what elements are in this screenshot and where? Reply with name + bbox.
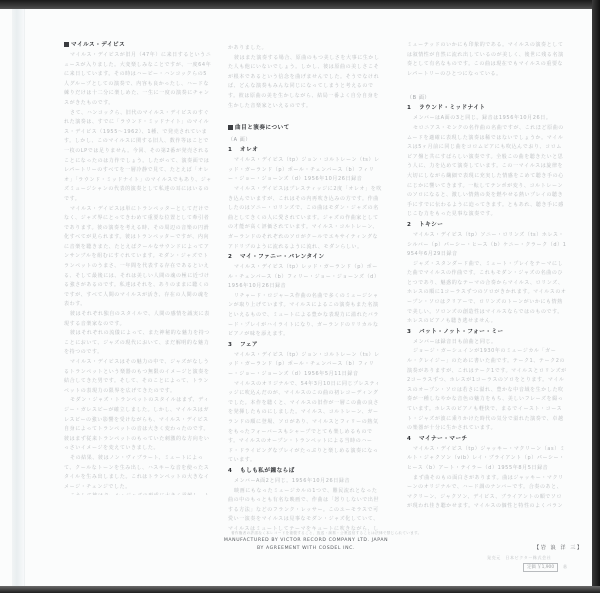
side-a-label: （A 面） xyxy=(228,135,383,145)
track-notes: セロニアス・モンクの名作曲の名曲ですが、これほど原曲のムードを適確に表現した演奏… xyxy=(407,124,567,220)
section-heading-miles-davis: マイルス・デイビス xyxy=(64,40,212,50)
track-personnel: マイルス・デイビス（tp）レッド・ガーランド（p）ポール・チェンバース（b）フィ… xyxy=(228,263,383,292)
heading-text: マイルス・デイビス xyxy=(71,42,125,48)
agreement-credit: BY AGREEMENT WITH COSDEL INC. xyxy=(190,546,422,551)
photo-frame-right xyxy=(592,0,600,593)
track-personnel: メンバーA面2と同じ。1956年10月26日録音 xyxy=(228,477,383,487)
paragraph: 彼はまた演奏する場合、原曲のもつ美しさを大事に生かした人も他にいないでしょう。し… xyxy=(228,54,383,112)
square-bullet-icon xyxy=(228,125,233,130)
paragraph: マイルス・デイビスが旧月（47年）に来日するというニュースが入りました。大変楽し… xyxy=(64,51,212,109)
track-personnel: メンバーは録音日も前曲と同じ。 xyxy=(407,338,567,348)
track-personnel: メンバーはA面の3と同じ。録音は1956年10月26日。 xyxy=(407,114,567,124)
photo-frame-bottom xyxy=(0,586,600,593)
middle-column: かありました。 彼はまた演奏する場合、原曲のもつ美しさを大事に生かした人も他にい… xyxy=(228,44,383,534)
price-box: 定価 ￥1,900 xyxy=(523,563,558,572)
paragraph: その結果、彼はノン・ヴィブラート、ミュートによって、クールなトーンを生み出し、ハ… xyxy=(64,454,212,492)
paragraph: さて、ハンコックら、旧代のマイルス・デイビスのすぐれた演奏は、すでに「ラウンド・… xyxy=(64,109,212,205)
paragraph: マイルス・デイビスはその魅力の中で、ジャズがなしうるトランペットという楽器のもつ… xyxy=(64,358,212,396)
track-notes: ジョージ・ガーシュインが1930年のミュージカル「ガール・クレイジー」のために書… xyxy=(407,347,567,433)
track-title: 2マイ・ファニー・バレンタイン xyxy=(228,252,383,263)
left-column: マイルス・デイビス マイルス・デイビスが旧月（47年）に来日するというニュースが… xyxy=(64,40,212,495)
heading-text: 曲目と演奏について xyxy=(235,125,290,131)
track-title: 4マイナー・マーチ xyxy=(407,434,567,445)
track-notes: 映画にもなったミュージカルの1つで、難民流れとなった曲の中のもっとも有名な映画で… xyxy=(228,487,383,534)
paragraph: 彼はそれぞれ独自のスタイルで、人間の感情を誠実に表現する音楽家なのです。 xyxy=(64,310,212,329)
track-notes: マイルス・デイビスはプレスティッジに2度「オレオ」を吹き込んでいますが、これはそ… xyxy=(228,185,383,252)
track-personnel: マイルス・デイビス（tp）ソニー・ロリンズ（ts）ホレス・シルバー（p）パーシー… xyxy=(407,231,567,260)
track-notes: ジャズ・スタンダード曲で、ミュート・プレイをテーマにした曲でマイルスの作曲です。… xyxy=(407,260,567,327)
paragraph: こうして彼はクール・ジャズの形成に大きく貢献し、トランペットが吹く音階の面が大き… xyxy=(64,492,212,495)
track-personnel: マイルス・デイビス（tp）ジョン・コルトレーン（ts）レッド・ガーランド（p）ポ… xyxy=(228,156,383,185)
copyright-fineprint: 著作権者の許諾なく本レコードを複製すること、放送・演奏・公衆送信することは法律で… xyxy=(231,531,381,536)
liner-notes-author: 【岩 浪 洋 三】 xyxy=(534,544,584,551)
track-personnel: マイルス・デイビス（tp）ジャッキー・マクリーン（as）ミルト・ジャクソン（vi… xyxy=(407,445,567,474)
side-b-label: （B 面） xyxy=(407,93,567,103)
track-notes: マイルスのオリジナルで、54年3月10日に同じプレスティッジに吹込んだのが、マイ… xyxy=(228,380,383,466)
paragraph: モダン・ジャズ・トランペットのスタイルはまず、ディジー・ガレスピーが確立しました… xyxy=(64,396,212,454)
square-bullet-icon xyxy=(64,42,69,47)
paragraph: 彼はそれぞれの流儀によって、また神秘的な魅力を持つことにおいて、ジャズの現代にお… xyxy=(64,329,212,358)
track-title: 2トキシー xyxy=(407,220,567,231)
paragraph: ミューテッドのいかにも印象的である。マイルスの演奏としては叙情性が自然に流れ出し… xyxy=(407,41,567,79)
paragraph: マイルス・デイビスは単にトランペッターとしてだけでなく、ジャズ界にとってきわめて… xyxy=(64,205,212,311)
track-notes: リチャード・ロジャース作曲の名曲で多くのミュージシャンが取り上げています。マイル… xyxy=(228,292,383,340)
right-column: ミューテッドのいかにも印象的である。マイルスの演奏としては叙情性が自然に流れ出し… xyxy=(407,41,567,511)
track-title: 1オレオ xyxy=(228,145,383,156)
section-heading-tracks: 曲目と演奏について xyxy=(228,123,383,133)
track-title: 4もしも私が鐘ならば xyxy=(228,466,383,477)
track-notes: まず曲そのもの面白さがあります。曲はジャッキー・マクリーンのオリジナルで、ハード… xyxy=(407,474,567,511)
manufacturer-credit: MANUFACTURED BY VICTOR RECORD COMPANY LT… xyxy=(190,538,422,543)
paragraph: かありました。 xyxy=(228,44,383,54)
registered-mark-icon: Ⓡ xyxy=(563,564,567,570)
track-personnel: マイルス・デイビス（tp）ジョン・コルトレーン（ts）レッド・ガーランド（p）ポ… xyxy=(228,351,383,380)
track-title: 1ラウンド・ミッドナイト xyxy=(407,103,567,114)
track-title: 3バット・ノット・フォー・ミー xyxy=(407,327,567,338)
track-title: 3フェア xyxy=(228,340,383,351)
distributor-label: 発売元 日本ビクター株式会社 xyxy=(487,555,551,561)
sheet-fold-edge xyxy=(12,9,25,587)
